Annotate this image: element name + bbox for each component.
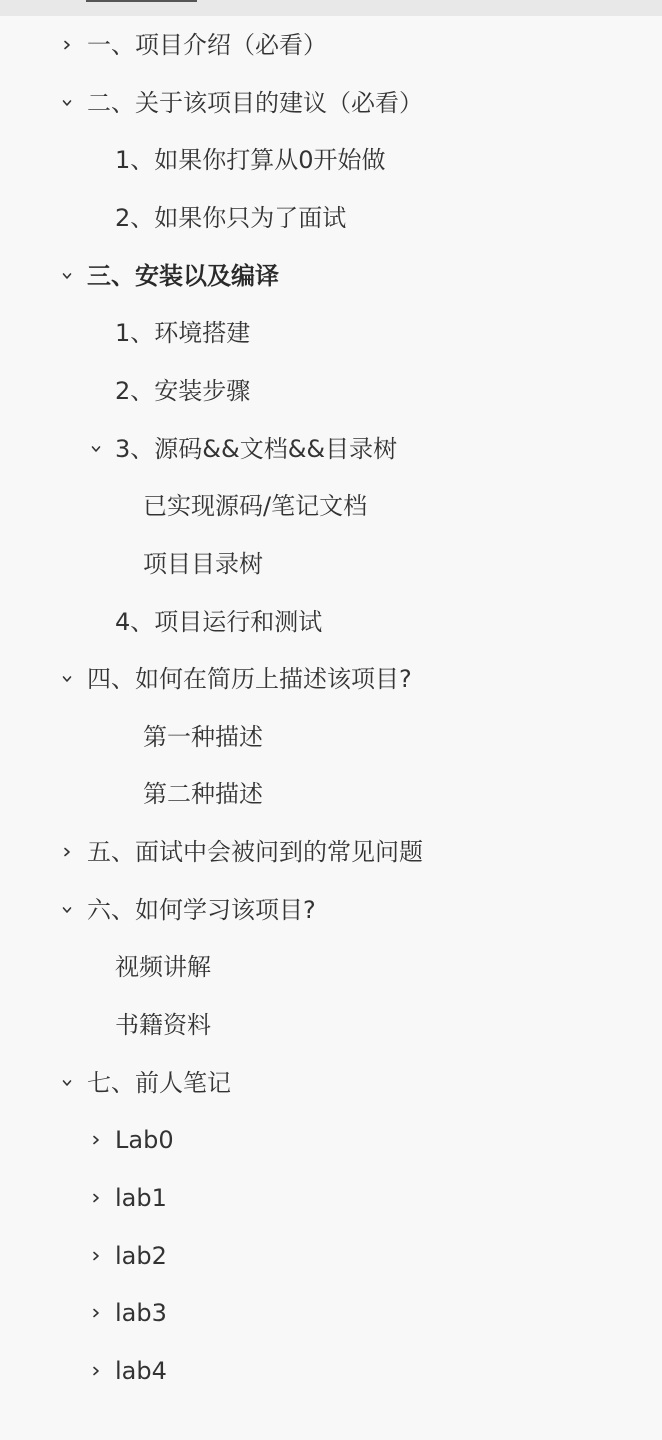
toc-item-label: 1、环境搭建	[115, 313, 250, 353]
toc-item[interactable]: lab4	[0, 1351, 662, 1391]
active-tab-indicator[interactable]	[86, 0, 197, 2]
chevron-down-icon[interactable]	[60, 1063, 74, 1103]
toc-item[interactable]: 第一种描述	[0, 717, 662, 757]
toc-item-label: lab2	[115, 1236, 167, 1276]
chevron-down-icon[interactable]	[60, 890, 74, 930]
toc-item[interactable]: lab3	[0, 1293, 662, 1333]
toc-item[interactable]: 六、如何学习该项目?	[0, 890, 662, 930]
toc-item-label: lab3	[115, 1293, 167, 1333]
toc-item-label: 一、项目介绍（必看）	[87, 25, 327, 65]
chevron-down-icon[interactable]	[60, 83, 74, 123]
toc-item[interactable]: 3、源码&&文档&&目录树	[0, 429, 662, 469]
toc-item[interactable]: Lab0	[0, 1120, 662, 1160]
chevron-right-icon[interactable]	[89, 1178, 103, 1218]
toc-item-label: 三、安装以及编译	[87, 256, 279, 296]
toc-item-label: 第一种描述	[143, 717, 263, 757]
toc-item[interactable]: 2、如果你只为了面试	[0, 198, 662, 238]
toc-item-label: 四、如何在简历上描述该项目?	[87, 659, 412, 699]
toc-item[interactable]: 1、环境搭建	[0, 313, 662, 353]
toc-item-label: 书籍资料	[115, 1005, 211, 1045]
toc-item[interactable]: 1、如果你打算从0开始做	[0, 140, 662, 180]
toc-item-label: 七、前人笔记	[87, 1063, 231, 1103]
toc-item[interactable]: 第二种描述	[0, 774, 662, 814]
toc-item[interactable]: 二、关于该项目的建议（必看）	[0, 83, 662, 123]
toc-item[interactable]: 四、如何在简历上描述该项目?	[0, 659, 662, 699]
toc-item[interactable]: 五、面试中会被问到的常见问题	[0, 832, 662, 872]
toc-item-label: lab4	[115, 1351, 167, 1391]
toc-item-label: 六、如何学习该项目?	[87, 890, 316, 930]
toc-item[interactable]: 七、前人笔记	[0, 1063, 662, 1103]
toc-item[interactable]: lab1	[0, 1178, 662, 1218]
toc-item-label: 2、安装步骤	[115, 371, 250, 411]
chevron-right-icon[interactable]	[60, 832, 74, 872]
toc-item[interactable]: 4、项目运行和测试	[0, 602, 662, 642]
toc-item[interactable]: lab2	[0, 1236, 662, 1276]
toc-item-label: 项目目录树	[143, 544, 263, 584]
toc-item-label: Lab0	[115, 1120, 174, 1160]
toc-item-label: 2、如果你只为了面试	[115, 198, 346, 238]
toc-item[interactable]: 书籍资料	[0, 1005, 662, 1045]
top-tab-bar	[0, 0, 662, 16]
toc-item-label: 1、如果你打算从0开始做	[115, 140, 386, 180]
chevron-right-icon[interactable]	[89, 1120, 103, 1160]
chevron-down-icon[interactable]	[89, 429, 103, 469]
toc-item-label: 二、关于该项目的建议（必看）	[87, 83, 423, 123]
toc-item-label: 3、源码&&文档&&目录树	[115, 429, 397, 469]
toc-item-label: 视频讲解	[115, 947, 211, 987]
chevron-right-icon[interactable]	[89, 1293, 103, 1333]
toc-item[interactable]: 已实现源码/笔记文档	[0, 486, 662, 526]
toc-item[interactable]: 2、安装步骤	[0, 371, 662, 411]
toc-item-label: 已实现源码/笔记文档	[143, 486, 367, 526]
toc-item[interactable]: 视频讲解	[0, 947, 662, 987]
chevron-right-icon[interactable]	[60, 25, 74, 65]
chevron-right-icon[interactable]	[89, 1236, 103, 1276]
toc-item[interactable]: 三、安装以及编译	[0, 256, 662, 296]
toc-item-label: 五、面试中会被问到的常见问题	[87, 832, 423, 872]
toc-item-label: 4、项目运行和测试	[115, 602, 322, 642]
toc-item-label: lab1	[115, 1178, 167, 1218]
toc-item-label: 第二种描述	[143, 774, 263, 814]
chevron-down-icon[interactable]	[60, 659, 74, 699]
chevron-right-icon[interactable]	[89, 1351, 103, 1391]
chevron-down-icon[interactable]	[60, 256, 74, 296]
toc-item[interactable]: 项目目录树	[0, 544, 662, 584]
toc-item[interactable]: 一、项目介绍（必看）	[0, 25, 662, 65]
